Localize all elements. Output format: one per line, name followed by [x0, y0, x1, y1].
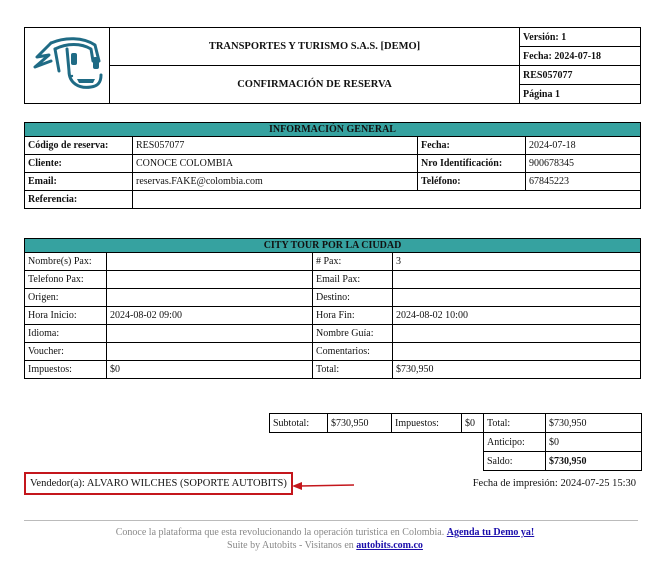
footer-line-1: Conoce la plataforma que esta revolucion…: [0, 527, 650, 538]
table-row: Email: reservas.FAKE@colombia.com Teléfo…: [25, 173, 641, 191]
label: Total:: [313, 361, 393, 379]
table-row: Idioma: Nombre Guía:: [25, 325, 641, 343]
table-row: Cliente: CONOCE COLOMBIA Nro Identificac…: [25, 155, 641, 173]
table-row: Impuestos: $0 Total: $730,950: [25, 361, 641, 379]
value: [107, 343, 313, 361]
total-value: $730,950: [546, 414, 642, 433]
totals-table: Subtotal: $730,950 Impuestos: $0 Total: …: [269, 413, 642, 471]
service-table: CITY TOUR POR LA CIUDAD Nombre(s) Pax: #…: [24, 238, 641, 379]
bus-icon: [29, 31, 105, 97]
footer-divider: [24, 520, 638, 521]
label: Hora Inicio:: [25, 307, 107, 325]
value: 3: [393, 253, 641, 271]
value: 900678345: [526, 155, 641, 173]
advance-label: Anticipo:: [484, 433, 546, 452]
balance-label: Saldo:: [484, 452, 546, 471]
value: $730,950: [393, 361, 641, 379]
value: [393, 289, 641, 307]
value: CONOCE COLOMBIA: [133, 155, 418, 173]
footer-text: Conoce la plataforma que esta revolucion…: [116, 527, 447, 538]
table-row: Subtotal: $730,950 Impuestos: $0 Total: …: [270, 414, 642, 433]
reference-label: Referencia:: [25, 191, 133, 209]
value: reservas.FAKE@colombia.com: [133, 173, 418, 191]
footer-text: Suite by Autobits - Visitanos en: [227, 540, 356, 551]
label: Telefono Pax:: [25, 271, 107, 289]
table-row: Telefono Pax: Email Pax:: [25, 271, 641, 289]
total-label: Total:: [484, 414, 546, 433]
balance-value: $730,950: [546, 452, 642, 471]
label: Nombre(s) Pax:: [25, 253, 107, 271]
value: 2024-07-18: [526, 137, 641, 155]
page-number: Página 1: [520, 85, 641, 104]
tax-value: $0: [462, 414, 484, 433]
table-row: Anticipo: $0: [270, 433, 642, 452]
label: Hora Fin:: [313, 307, 393, 325]
value: [107, 325, 313, 343]
label: Comentarios:: [313, 343, 393, 361]
demo-link[interactable]: Agenda tu Demo ya!: [447, 527, 535, 538]
header-date: Fecha: 2024-07-18: [520, 47, 641, 66]
label: Voucher:: [25, 343, 107, 361]
value: [107, 253, 313, 271]
label: Cliente:: [25, 155, 133, 173]
version: Versión: 1: [520, 28, 641, 47]
general-info-table: INFORMACIÓN GENERAL Código de reserva: R…: [24, 122, 641, 209]
label: # Pax:: [313, 253, 393, 271]
value: [393, 271, 641, 289]
website-link[interactable]: autobits.com.co: [356, 540, 423, 551]
table-row: Nombre(s) Pax: # Pax: 3: [25, 253, 641, 271]
reservation-code: RES057077: [520, 66, 641, 85]
advance-value: $0: [546, 433, 642, 452]
label: Fecha:: [418, 137, 526, 155]
table-row: Saldo: $730,950: [270, 452, 642, 471]
table-row: Origen: Destino:: [25, 289, 641, 307]
footer-line-2: Suite by Autobits - Visitanos en autobit…: [0, 540, 650, 551]
general-info-title: INFORMACIÓN GENERAL: [25, 123, 641, 137]
label: Código de reserva:: [25, 137, 133, 155]
tax-label: Impuestos:: [392, 414, 462, 433]
label: Destino:: [313, 289, 393, 307]
value: [107, 289, 313, 307]
label: Nombre Guía:: [313, 325, 393, 343]
label: Nro Identificación:: [418, 155, 526, 173]
label: Origen:: [25, 289, 107, 307]
value: [393, 343, 641, 361]
subtotal-label: Subtotal:: [270, 414, 328, 433]
service-title: CITY TOUR POR LA CIUDAD: [25, 239, 641, 253]
label: Email:: [25, 173, 133, 191]
table-row: Hora Inicio: 2024-08-02 09:00 Hora Fin: …: [25, 307, 641, 325]
document-title: CONFIRMACIÓN DE RESERVA: [110, 66, 520, 104]
value: 67845223: [526, 173, 641, 191]
table-row: Código de reserva: RES057077 Fecha: 2024…: [25, 137, 641, 155]
value: $0: [107, 361, 313, 379]
label: Email Pax:: [313, 271, 393, 289]
print-date: Fecha de impresión: 2024-07-25 15:30: [473, 478, 636, 489]
document-header: TRANSPORTES Y TURISMO S.A.S. [DEMO] Vers…: [24, 27, 641, 104]
label: Teléfono:: [418, 173, 526, 191]
table-row: Referencia:: [25, 191, 641, 209]
arrow-left-icon: [292, 482, 354, 490]
subtotal-value: $730,950: [328, 414, 392, 433]
label: Impuestos:: [25, 361, 107, 379]
value: 2024-08-02 09:00: [107, 307, 313, 325]
value: [393, 325, 641, 343]
company-logo: [25, 28, 110, 104]
table-row: Voucher: Comentarios:: [25, 343, 641, 361]
value: 2024-08-02 10:00: [393, 307, 641, 325]
label: Idioma:: [25, 325, 107, 343]
reference-value: [133, 191, 641, 209]
company-name: TRANSPORTES Y TURISMO S.A.S. [DEMO]: [110, 28, 520, 66]
vendor-highlight: Vendedor(a): ALVARO WILCHES (SOPORTE AUT…: [24, 472, 293, 495]
value: RES057077: [133, 137, 418, 155]
value: [107, 271, 313, 289]
